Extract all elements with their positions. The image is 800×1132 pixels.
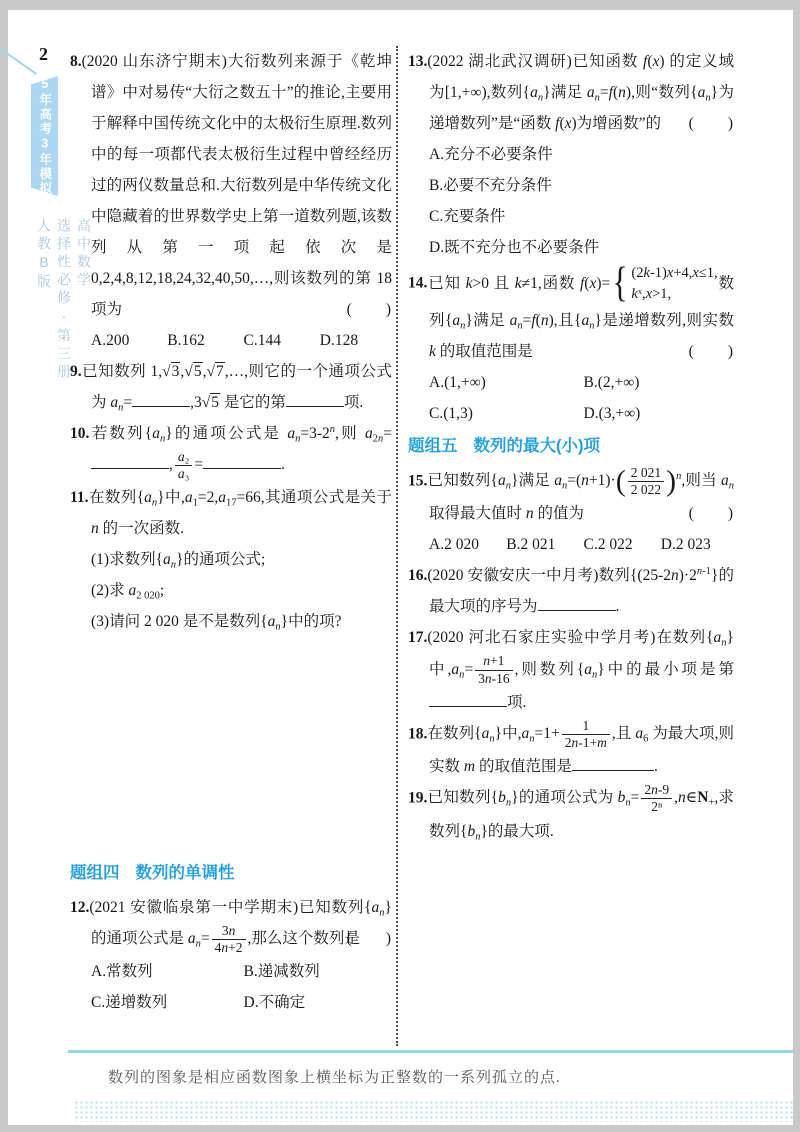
variable: a	[188, 930, 196, 947]
footer-dot-pattern	[74, 1100, 793, 1122]
fraction-numerator: 3n	[212, 923, 246, 940]
variable: x	[646, 286, 652, 302]
piecewise-lines: (2k-1)x+4,x≤1,kˣ,x>1,	[631, 263, 717, 305]
variable: f	[531, 312, 535, 329]
option: A.常数列	[91, 956, 240, 987]
column-block: 13.(2022 湖北武汉调研)已知函数 f(x) 的定义域为[1,+∞),数列…	[408, 46, 734, 847]
variable: a	[110, 394, 118, 411]
variable: n	[541, 312, 549, 329]
variable: n	[229, 923, 236, 938]
subscript: 1	[193, 498, 198, 509]
variable: a	[144, 489, 152, 506]
options: A.2 020B.2 021C.2 022D.2 023	[429, 529, 734, 560]
problem-17: 17.(2020 河北石家庄实验中学月考)在数列{an}中,an=n+13n-1…	[408, 622, 734, 717]
problem-number: 10.	[70, 425, 89, 442]
subscript: n	[160, 434, 165, 445]
option: A.(1,+∞)	[429, 367, 580, 398]
sqrt-radical: √3	[162, 362, 180, 380]
fraction: n+13n-16	[475, 653, 513, 686]
fraction-numerator: 2 021	[628, 465, 664, 482]
option: A.200	[91, 325, 163, 356]
answer-bracket: ( )	[368, 923, 392, 954]
subscript: n	[295, 434, 300, 445]
variable: n	[152, 498, 157, 509]
column-divider	[396, 46, 398, 1046]
problem-body: (2020 安徽安庆一中月考)数列{(25-2n)·2n-1}的最大项的序号为.	[427, 567, 734, 615]
subscript: n	[379, 908, 384, 919]
answer-blank	[203, 455, 281, 470]
variable: n	[160, 434, 165, 445]
variable: n	[196, 939, 201, 950]
variable: f	[580, 275, 584, 292]
subscript: 17	[226, 498, 237, 509]
variable: k	[429, 343, 436, 360]
variable: a	[451, 661, 459, 678]
problem-part: (2)求 a2 020;	[91, 575, 392, 606]
problem-body: (2022 湖北武汉调研)已知函数 f(x) 的定义域为[1,+∞),数列{an…	[427, 53, 734, 132]
answer-bracket: ( )	[710, 336, 734, 367]
variable: x	[653, 53, 660, 70]
fraction-denominator: 3n-16	[475, 671, 513, 687]
variable: a	[218, 489, 226, 506]
fraction: 2n-92ⁿ	[641, 782, 672, 815]
problem-10: 10.若数列{an}的通项公式是 an=3-2n,则 a2n=,a₂a₃=.	[70, 418, 392, 482]
footer-note: 数列的图象是相应函数图象上横坐标为正整数的一系列孤立的点.	[68, 1066, 768, 1087]
topic-label: 题组五	[408, 437, 458, 455]
piecewise-line: (2k-1)x+4,x≤1,	[631, 263, 717, 284]
fraction: a₂a₃	[175, 449, 192, 482]
subscript: n	[538, 93, 543, 104]
variable: a	[721, 472, 729, 489]
problem-12: 12.(2021 安徽临泉第一中学期末)已知数列{an}的通项公式是 an=3n…	[70, 892, 392, 1018]
variable: x	[692, 265, 698, 281]
variable: a	[152, 425, 160, 442]
column-block: 8.(2020 山东济宁期末)大衍数列来源于《乾坤谱》中对易传“大衍之数五十”的…	[70, 46, 392, 637]
subscript: n	[460, 321, 465, 332]
problem-number: 13.	[408, 53, 427, 70]
fraction-denominator: 4n+2	[212, 940, 246, 956]
variable: n	[671, 567, 679, 584]
fraction: 12n-1+m	[562, 718, 610, 751]
problem-16: 16.(2020 安徽安庆一中月考)数列{(25-2n)·2n-1}的最大项的序…	[408, 560, 734, 622]
subscript: n	[625, 798, 630, 809]
sqrt-radical: √7	[206, 362, 224, 380]
topic-title: 数列的最大(小)项	[474, 437, 601, 455]
variable: n	[295, 434, 300, 445]
variable: n	[506, 798, 511, 809]
variable: n	[572, 735, 579, 750]
variable: a	[452, 312, 460, 329]
topic-header: 题组五数列的最大(小)项	[408, 431, 734, 461]
right-paren: )	[666, 465, 676, 498]
option: D.既不充分也不必要条件	[429, 232, 734, 263]
subscript: n	[595, 93, 600, 104]
options: A.(1,+∞)B.(2,+∞)C.(1,3)D.(3,+∞)	[429, 367, 734, 429]
variable: n	[517, 321, 522, 332]
problem-body: 已知数列{an}满足 an=(n+1)·(2 0212 022)n,则当 an …	[427, 472, 734, 522]
variable: n	[506, 481, 511, 492]
variable: n	[171, 560, 176, 571]
variable: a	[178, 466, 185, 481]
option: C.(1,3)	[429, 398, 580, 429]
problem-number: 14.	[408, 275, 427, 292]
variable: n	[705, 93, 710, 104]
answer-blank	[429, 692, 507, 707]
problem-11: 11.在数列{an}中,a1=2,a17=66,其通项公式是关于 n 的一次函数…	[70, 482, 392, 637]
subscript: n	[589, 321, 594, 332]
variable: n	[581, 472, 589, 489]
variable: f	[643, 53, 647, 70]
option: D.不确定	[244, 987, 393, 1018]
right-column: 13.(2022 湖北武汉调研)已知函数 f(x) 的定义域为[1,+∞),数列…	[408, 46, 734, 1046]
variable: n	[651, 782, 658, 797]
corner-slash-decoration	[0, 48, 37, 75]
variable: n	[459, 669, 464, 680]
problem-15: 15.已知数列{an}满足 an=(n+1)·(2 0212 022)n,则当 …	[408, 465, 734, 560]
column-block: 题组四数列的单调性12.(2021 安徽临泉第一中学期末)已知数列{an}的通项…	[70, 856, 392, 1018]
left-paren: (	[616, 465, 626, 498]
variable: a	[287, 425, 295, 442]
variable: a	[554, 472, 562, 489]
subscript: n	[729, 481, 734, 492]
variable: n	[221, 940, 228, 955]
option: B.递减数列	[244, 956, 393, 987]
variable: n	[618, 84, 626, 101]
variable: n	[489, 734, 494, 745]
textbook-page: 2 5年高考3年模拟 高中数学 选择性必修·第三册 人教B版 8.(2020 山…	[8, 10, 793, 1125]
variable: n	[678, 789, 686, 806]
subscript: n	[475, 831, 480, 842]
variable: n	[697, 567, 702, 578]
variable: a	[185, 489, 193, 506]
variable: a	[365, 425, 373, 442]
problem-number: 9.	[70, 363, 82, 380]
subscript: n	[196, 939, 201, 950]
variable: n	[592, 669, 597, 680]
variable: n	[379, 908, 384, 919]
variable: a	[530, 84, 538, 101]
subscript: n	[275, 622, 280, 633]
variable: n	[378, 434, 383, 445]
variable: n	[562, 481, 567, 492]
answer-bracket: ( )	[710, 108, 734, 139]
bold-symbol: N	[697, 789, 708, 806]
subscript: n	[489, 734, 494, 745]
topic-title: 数列的单调性	[136, 864, 235, 882]
fraction-numerator: n+1	[475, 653, 513, 670]
variable: n	[729, 481, 734, 492]
fraction: 3n4n+2	[212, 923, 246, 956]
subscript: 6	[643, 734, 648, 745]
options: A.充分不必要条件B.必要不充分条件C.充要条件D.既不充分也不必要条件	[429, 139, 734, 263]
problem-13: 13.(2022 湖北武汉调研)已知函数 f(x) 的定义域为[1,+∞),数列…	[408, 46, 734, 263]
problem-number: 17.	[408, 629, 427, 646]
problem-8: 8.(2020 山东济宁期末)大衍数列来源于《乾坤谱》中对易传“大衍之数五十”的…	[70, 46, 392, 356]
subscript: n	[517, 321, 522, 332]
subscript: n	[721, 638, 726, 649]
subscript: n	[152, 498, 157, 509]
fraction-numerator: a₂	[175, 449, 192, 466]
variable: n	[275, 622, 280, 633]
subscript: n	[118, 403, 123, 414]
variable: n	[625, 798, 630, 809]
option: B.必要不充分条件	[429, 170, 734, 201]
subscript: n	[529, 734, 534, 745]
problem-body: (2020 山东济宁期末)大衍数列来源于《乾坤谱》中对易传“大衍之数五十”的推论…	[82, 53, 392, 318]
left-column: 8.(2020 山东济宁期末)大衍数列来源于《乾坤谱》中对易传“大衍之数五十”的…	[70, 46, 392, 1046]
variable: a	[178, 449, 185, 464]
variable: n	[118, 403, 123, 414]
option: D.2 023	[661, 529, 734, 560]
problem-part: (1)求数列{an}的通项公式;	[91, 544, 392, 575]
problem-18: 18.在数列{an}中,an=1+12n-1+m,且 a6 为最大项,则实数 m…	[408, 718, 734, 782]
variable: n	[589, 321, 594, 332]
variable: n	[538, 93, 543, 104]
problem-number: 11.	[70, 489, 89, 506]
answer-blank	[538, 597, 616, 612]
footer-rule	[68, 1050, 793, 1053]
answer-blank	[572, 756, 654, 771]
variable: k	[515, 275, 522, 292]
variable: x	[565, 115, 572, 132]
variable: f	[609, 84, 613, 101]
variable: x	[667, 265, 673, 281]
subscript: n	[171, 560, 176, 571]
fraction-denominator: 2ⁿ	[641, 799, 672, 815]
topic-label: 题组四	[70, 864, 120, 882]
variable: n	[485, 671, 492, 686]
problem-body: 已知数列{bn}的通项公式为 bn=2n-92ⁿ,n∈N+,求数列{bn}的最大…	[427, 789, 734, 839]
variable: n	[526, 505, 534, 522]
problem-number: 16.	[408, 567, 427, 584]
problem-body: 在数列{an}中,a1=2,a17=66,其通项公式是关于 n 的一次函数.	[89, 489, 392, 537]
option: C.144	[244, 325, 316, 356]
left-brace-icon: {	[613, 265, 628, 303]
option: D.(3,+∞)	[584, 398, 735, 429]
fraction-denominator: 2 022	[628, 482, 664, 498]
radicand: 7	[215, 362, 225, 380]
variable: n	[595, 93, 600, 104]
variable: n	[460, 321, 465, 332]
topic-header: 题组四数列的单调性	[70, 858, 392, 888]
superscript: n	[330, 424, 335, 435]
variable: n	[721, 638, 726, 649]
variable: n	[676, 471, 681, 482]
problem-body: (2021 安徽临泉第一中学期末)已知数列{an}的通项公式是 an=3n4n+…	[89, 899, 392, 947]
radicand: 5	[193, 362, 203, 380]
fraction-denominator: 2n-1+m	[562, 735, 610, 751]
fraction-denominator: a₃	[175, 466, 192, 482]
variable: k	[644, 265, 650, 281]
problem-body: 若数列{an}的通项公式是 an=3-2n,则 a2n=,a₂a₃=.	[89, 425, 392, 473]
variable: n	[529, 734, 534, 745]
problem-14: 14.已知 k>0 且 k≠1,函数 f(x)={(2k-1)x+4,x≤1,k…	[408, 263, 734, 429]
subscript: n	[562, 481, 567, 492]
answer-bracket: ( )	[710, 498, 734, 529]
subscript: n	[506, 481, 511, 492]
option: B.162	[167, 325, 239, 356]
options: A.常数列B.递减数列C.递增数列D.不确定	[91, 956, 392, 1018]
options: A.200B.162C.144D.128	[91, 325, 392, 356]
sqrt-radical: √5	[202, 393, 220, 411]
radicand: 3	[171, 362, 181, 380]
superscript: n-1	[697, 567, 711, 578]
variable: a	[584, 661, 592, 678]
piecewise-function: {(2k-1)x+4,x≤1,kˣ,x>1,	[610, 263, 717, 305]
variable: b	[498, 789, 506, 806]
problem-body: 在数列{an}中,an=1+12n-1+m,且 a6 为最大项,则实数 m 的取…	[427, 725, 734, 775]
subscript: +	[708, 798, 714, 809]
sidebar-edition: 人教B版	[34, 218, 54, 382]
answer-blank	[286, 392, 344, 407]
problem-number: 18.	[408, 725, 427, 742]
subscript: 2 020	[136, 591, 160, 602]
variable: x	[589, 275, 596, 292]
piecewise-line: kˣ,x>1,	[631, 284, 717, 305]
variable: n	[483, 653, 490, 668]
variable: a	[498, 472, 506, 489]
problem-number: 19.	[408, 789, 427, 806]
variable: m	[597, 735, 607, 750]
sqrt-radical: √5	[184, 362, 202, 380]
option: C.递增数列	[91, 987, 240, 1018]
variable: k	[466, 275, 473, 292]
problem-number: 15.	[408, 472, 427, 489]
answer-blank	[91, 455, 169, 470]
fraction-numerator: 1	[562, 718, 610, 735]
answer-bracket: ( )	[368, 294, 392, 325]
superscript: n	[676, 471, 681, 482]
subscript: 2n	[373, 434, 384, 445]
variable: n	[475, 831, 480, 842]
variable: k	[631, 286, 637, 302]
variable: a	[635, 725, 643, 742]
option: D.128	[320, 325, 392, 356]
problem-number: 12.	[70, 899, 89, 916]
fraction-numerator: 2n-9	[641, 782, 672, 799]
variable: f	[555, 115, 559, 132]
fraction: 2 0212 022	[628, 465, 664, 498]
subscript: n	[592, 669, 597, 680]
option: A.充分不必要条件	[429, 139, 734, 170]
variable: a	[163, 551, 171, 568]
radicand: 5	[210, 393, 220, 411]
variable: n	[330, 424, 335, 435]
answer-blank	[132, 392, 190, 407]
option: A.2 020	[429, 529, 502, 560]
problem-part: (3)请问 2 020 是不是数列{an}中的项?	[91, 606, 392, 637]
problem-9: 9.已知数列 1,√3,√5,√7,…,则它的一个通项公式为 an=,3√5 是…	[70, 356, 392, 418]
subscript: n	[459, 669, 464, 680]
option: C.2 022	[584, 529, 657, 560]
subscript: n	[705, 93, 710, 104]
problem-19: 19.已知数列{bn}的通项公式为 bn=2n-92ⁿ,n∈N+,求数列{bn}…	[408, 782, 734, 846]
page-number: 2	[39, 44, 48, 65]
option: C.充要条件	[429, 201, 734, 232]
series-badge-text: 5年高考3年模拟	[38, 77, 51, 196]
problem-body: 已知数列 1,√3,√5,√7,…,则它的一个通项公式为 an=,3√5 是它的…	[82, 363, 392, 411]
series-badge: 5年高考3年模拟	[31, 76, 58, 196]
variable: n	[91, 520, 99, 537]
subscript: n	[506, 798, 511, 809]
option: B.(2,+∞)	[584, 367, 735, 398]
option: B.2 021	[506, 529, 579, 560]
variable: a	[587, 84, 595, 101]
problem-number: 8.	[70, 53, 82, 70]
variable: m	[464, 758, 475, 775]
problem-body: 已知 k>0 且 k≠1,函数 f(x)={(2k-1)x+4,x≤1,kˣ,x…	[427, 275, 734, 360]
problem-body: (2020 河北石家庄实验中学月考)在数列{an}中,an=n+13n-16,则…	[427, 629, 734, 710]
